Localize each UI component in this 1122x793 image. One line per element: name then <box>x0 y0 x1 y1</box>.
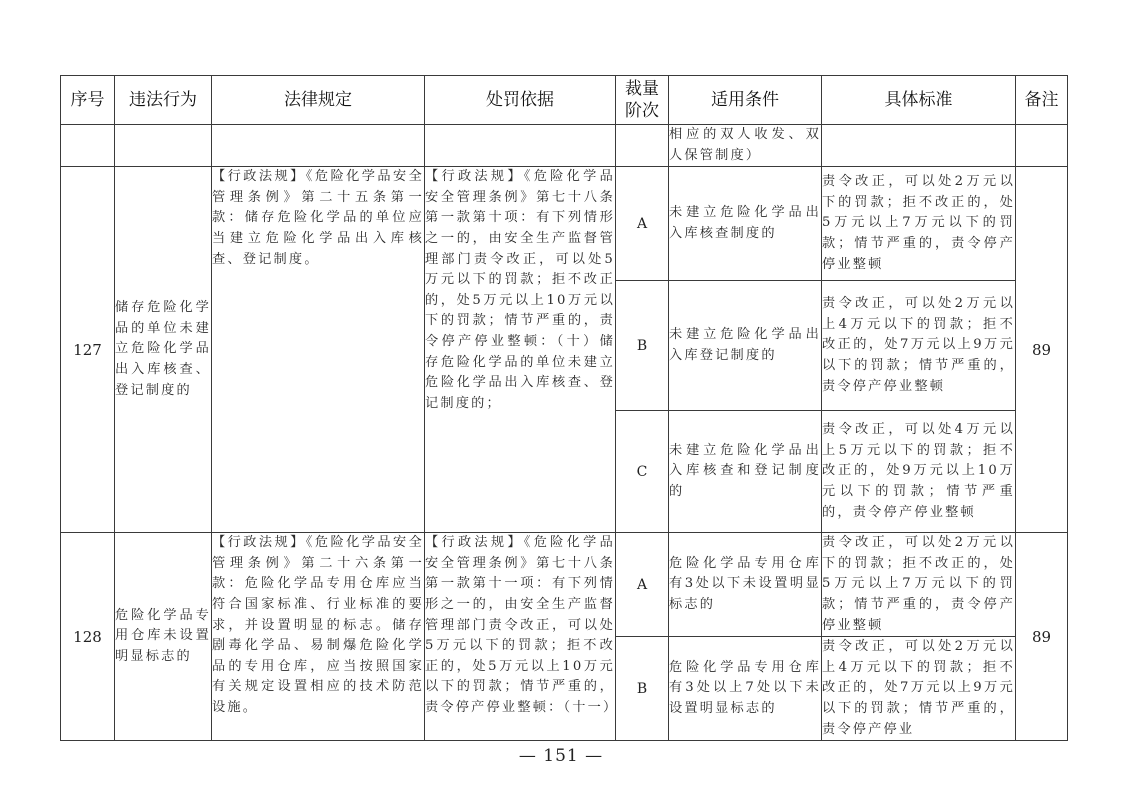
cell-seq: 128 <box>61 533 115 741</box>
header-violation: 违法行为 <box>115 76 212 125</box>
cell-condition: 相应的双人收发、双人保管制度） <box>669 125 822 167</box>
cell-standard: 责令改正，可以处2万元以下的罚款；拒不改正的，处5万元以上7万元以下的罚款；情节… <box>822 533 1016 637</box>
header-legal-provision: 法律规定 <box>212 76 425 125</box>
cell-condition: 危险化学品专用仓库有3处以上7处以下未设置明显标志的 <box>669 637 822 741</box>
cell-violation: 储存危险化学品的单位未建立危险化学品出入库核查、登记制度的 <box>115 167 212 533</box>
header-remark: 备注 <box>1016 76 1068 125</box>
cell-penalty-basis: 【行政法规】《危险化学品安全管理条例》第七十八条第一款第十项：有下列情形之一的，… <box>425 167 616 533</box>
penalty-discretion-table: 序号 违法行为 法律规定 处罚依据 裁量阶次 适用条件 具体标准 备注 相应的双… <box>60 75 1068 741</box>
table-row-127-a: 127 储存危险化学品的单位未建立危险化学品出入库核查、登记制度的 【行政法规】… <box>61 167 1068 281</box>
cell-standard: 责令改正，可以处2万元以上4万元以下的罚款；拒不改正的，处7万元以上9万元以下的… <box>822 281 1016 411</box>
cell-legal-provision: 【行政法规】《危险化学品安全管理条例》第二十五条第一款：储存危险化学品的单位应当… <box>212 167 425 533</box>
continuation-row: 相应的双人收发、双人保管制度） <box>61 125 1068 167</box>
cell-condition: 未建立危险化学品出入库核查制度的 <box>669 167 822 281</box>
cell-seq: 127 <box>61 167 115 533</box>
cell-empty <box>212 125 425 167</box>
header-penalty-basis: 处罚依据 <box>425 76 616 125</box>
cell-empty <box>115 125 212 167</box>
cell-legal-provision: 【行政法规】《危险化学品安全管理条例》第二十六条第一款：危险化学品专用仓库应当符… <box>212 533 425 741</box>
cell-empty <box>1016 125 1068 167</box>
cell-condition: 未建立危险化学品出入库核查和登记制度的 <box>669 411 822 533</box>
cell-level: C <box>616 411 669 533</box>
cell-condition: 危险化学品专用仓库有3处以下未设置明显标志的 <box>669 533 822 637</box>
cell-standard: 责令改正，可以处2万元以下的罚款；拒不改正的，处5万元以上7万元以下的罚款；情节… <box>822 167 1016 281</box>
cell-empty <box>61 125 115 167</box>
cell-violation: 危险化学品专用仓库未设置明显标志的 <box>115 533 212 741</box>
cell-standard: 责令改正，可以处4万元以上5万元以下的罚款；拒不改正的，处9万元以上10万元以下… <box>822 411 1016 533</box>
cell-remark: 89 <box>1016 533 1068 741</box>
cell-standard: 责令改正，可以处2万元以上4万元以下的罚款；拒不改正的，处7万元以上9万元以下的… <box>822 637 1016 741</box>
cell-level: A <box>616 167 669 281</box>
cell-level: B <box>616 281 669 411</box>
cell-empty <box>822 125 1016 167</box>
cell-empty <box>616 125 669 167</box>
header-discretion-level-label: 裁量阶次 <box>622 78 662 122</box>
header-row: 序号 违法行为 法律规定 处罚依据 裁量阶次 适用条件 具体标准 备注 <box>61 76 1068 125</box>
cell-condition: 未建立危险化学品出入库登记制度的 <box>669 281 822 411</box>
header-condition: 适用条件 <box>669 76 822 125</box>
cell-penalty-basis: 【行政法规】《危险化学品安全管理条例》第七十八条第一款第十一项：有下列情形之一的… <box>425 533 616 741</box>
header-discretion-level: 裁量阶次 <box>616 76 669 125</box>
cell-remark: 89 <box>1016 167 1068 533</box>
header-standard: 具体标准 <box>822 76 1016 125</box>
table-row-128-a: 128 危险化学品专用仓库未设置明显标志的 【行政法规】《危险化学品安全管理条例… <box>61 533 1068 637</box>
header-seq: 序号 <box>61 76 115 125</box>
page-number: — 151 — <box>0 746 1122 766</box>
cell-empty <box>425 125 616 167</box>
cell-level: B <box>616 637 669 741</box>
cell-level: A <box>616 533 669 637</box>
